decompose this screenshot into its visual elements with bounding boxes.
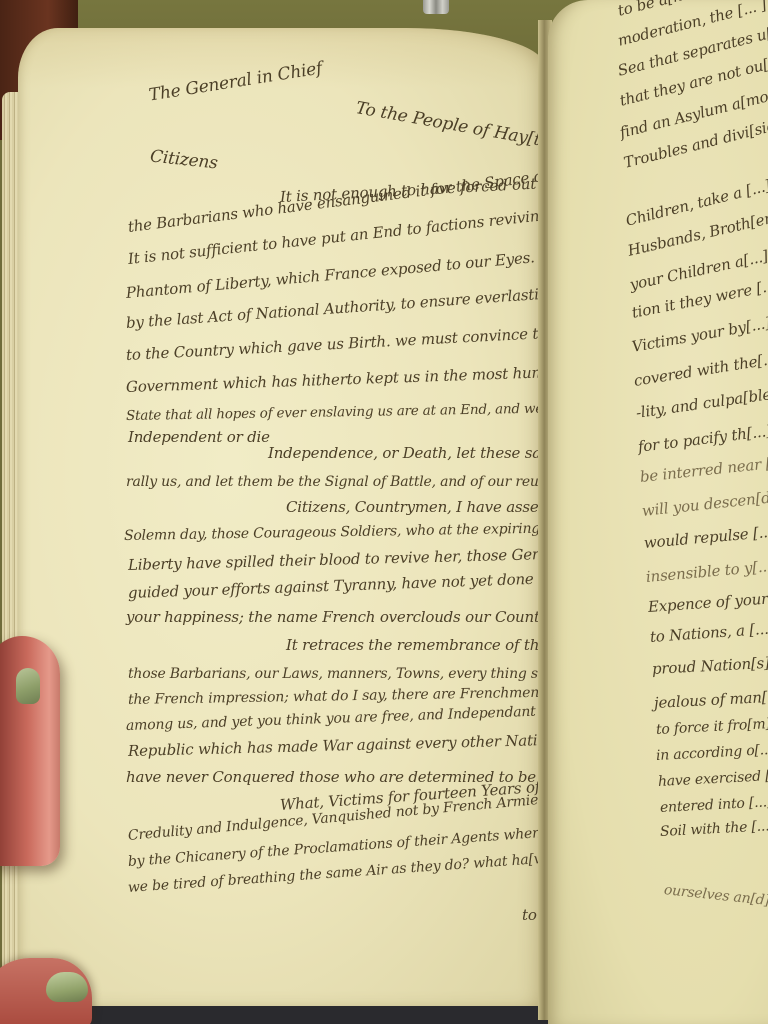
manuscript-line: have exercised [...] [658,767,768,790]
manuscript-line: Expence of your [...] [647,588,768,616]
manuscript-line: Soil with the [...] [660,818,768,840]
manuscript-line: State that all hopes of ever enslaving u… [126,399,546,424]
manuscript-line: Government which has hitherto kept us in… [126,361,546,396]
manuscript-line: to Nations, a [...] [649,619,768,646]
manuscript-line: be interred near [...] [639,452,768,486]
manuscript-line: Solemn day, those Courageous Soldiers, w… [124,519,546,544]
manuscript-line: Citizens, Countrymen, I have assembled o… [286,498,546,516]
manuscript-line: Liberty have spilled their blood to revi… [128,543,546,574]
manuscript-line: Independent or die [128,428,270,446]
manuscript-line: rally us, and let them be the Signal of … [126,474,546,490]
manuscript-line: Independence, or Death, let these sacred… [268,444,546,462]
manuscript-line: proud Nation[s] [652,654,768,678]
manuscript-line: will you descen[d] [641,488,768,520]
manuscript-line: Republic which has made War against ever… [128,731,546,760]
manuscript-line: Victims your by[...] [630,314,768,356]
thumbnail [46,972,88,1002]
catchword: to [522,906,537,924]
fingernail [16,668,40,704]
manuscript-line: for to pacify th[...] [637,422,768,456]
manuscript-line: entered into [...] [660,794,768,816]
metal-book-clip [423,0,449,14]
manuscript-line: in according o[...] [656,742,768,764]
left-page: The General in Chief To the People of Ha… [18,28,546,1006]
manuscript-line: would repulse [...] [643,522,768,552]
manuscript-line: ourselves an[d] [663,882,768,909]
heading-sender: The General in Chief [148,58,324,105]
manuscript-line: jealous of man[...] [654,687,768,712]
heading-addressee: To the People of Hay[ti] [354,98,546,152]
manuscript-line: to force it fro[m] [656,716,768,738]
right-page: to be a[nimated] moderation, the [... ] … [548,0,768,1024]
manuscript-line: insensible to y[...] [645,557,768,586]
manuscript-line: It retraces the remembrance of the Cruel… [286,636,546,654]
manuscript-line: covered with the[...] [633,349,768,390]
manuscript-line: -lity, and culpa[ble] [635,384,768,422]
manuscript-line: those Barbarians, our Laws, manners, Tow… [128,666,546,682]
manuscript-line: your happiness; the name French overclou… [126,608,546,626]
salutation: Citizens [149,147,219,174]
manuscript-line: the French impression; what do I say, th… [128,684,546,708]
